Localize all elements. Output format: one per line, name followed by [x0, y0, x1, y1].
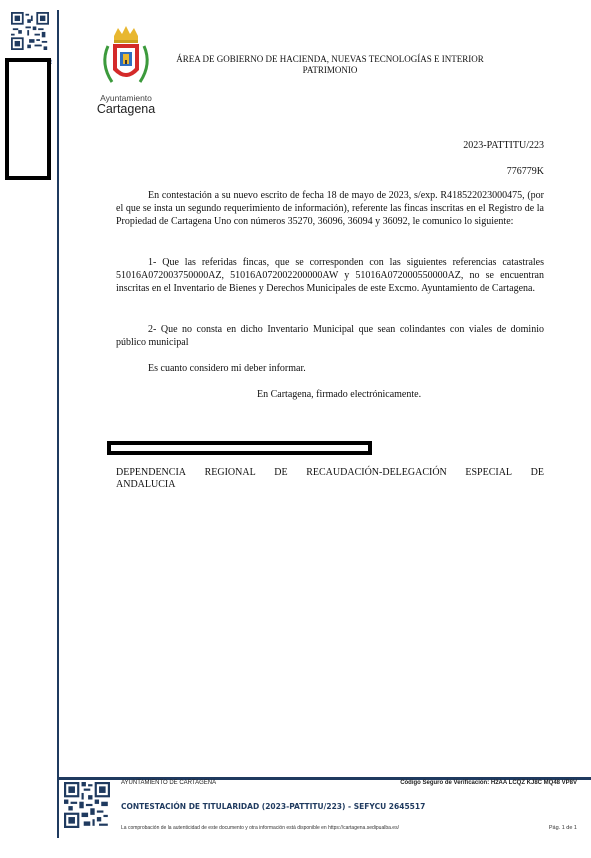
closing-sentence: Es cuanto considero mi deber informar.	[148, 363, 306, 374]
signature-line: En Cartagena, firmado electrónicamente.	[257, 389, 421, 400]
verification-note: La comprobación de la autenticidad de es…	[121, 825, 399, 831]
recipient-word: DE	[274, 467, 287, 479]
paragraph-point-2: 2- Que no consta en dicho Inventario Mun…	[116, 323, 544, 349]
document-code: 776779K	[507, 166, 544, 177]
redaction-bar	[107, 441, 372, 455]
qr-code-icon	[11, 12, 49, 50]
recipient-word: RECAUDACIÓN-DELEGACIÓN	[306, 467, 447, 479]
left-margin-rule	[57, 10, 59, 838]
recipient-line1: DEPENDENCIA REGIONAL DE RECAUDACIÓN-DELE…	[116, 467, 544, 479]
recipient-line2: ANDALUCIA	[116, 479, 544, 491]
recipient-word: ESPECIAL	[465, 467, 512, 479]
department-heading: ÁREA DE GOBIERNO DE HACIENDA, NUEVAS TEC…	[160, 54, 500, 76]
redaction-box	[5, 58, 51, 180]
recipient-word: DEPENDENCIA	[116, 467, 186, 479]
recipient-word: REGIONAL	[205, 467, 256, 479]
logo-caption-line2: Cartagena	[92, 102, 160, 116]
department-line2: PATRIMONIO	[160, 65, 500, 76]
footer-document-title: CONTESTACIÓN DE TITULARIDAD (2023-PATTIT…	[121, 802, 425, 811]
footer-organization: AYUNTAMIENTO DE CARTAGENA	[121, 780, 216, 786]
verification-qr-code-icon	[64, 782, 110, 828]
paragraph-point-1: 1- Que las referidas fincas, que se corr…	[116, 256, 544, 295]
paragraph-intro: En contestación a su nuevo escrito de fe…	[116, 189, 544, 228]
page-number: Pág. 1 de 1	[549, 825, 577, 831]
recipient-word: DE	[531, 467, 544, 479]
coat-of-arms-logo	[98, 24, 154, 96]
recipient-block: DEPENDENCIA REGIONAL DE RECAUDACIÓN-DELE…	[116, 467, 544, 491]
verification-code: Código Seguro de Verificación: H2AA LCQZ…	[400, 780, 577, 786]
document-reference: 2023-PATTITU/223	[463, 140, 544, 151]
department-line1: ÁREA DE GOBIERNO DE HACIENDA, NUEVAS TEC…	[160, 54, 500, 65]
